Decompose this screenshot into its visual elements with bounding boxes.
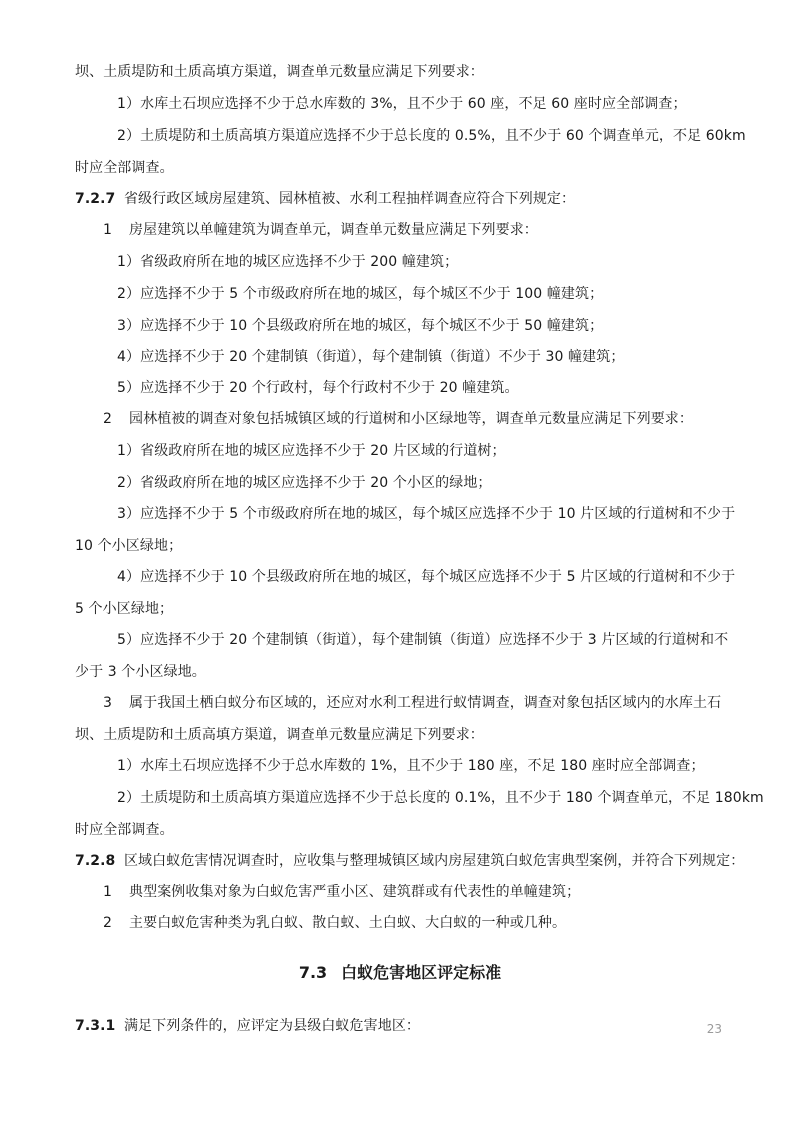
item-number: 1 xyxy=(103,220,129,240)
section-title-text: 白蚁危害地区评定标准 xyxy=(341,963,501,982)
item-text: 房屋建筑以单幢建筑为调查单元，调查单元数量应满足下列要求： xyxy=(129,222,538,238)
list-item: 2）应选择不少于 5 个市级政府所在地的城区，每个城区不少于 100 幢建筑； xyxy=(117,284,738,304)
numbered-item: 3属于我国土栖白蚁分布区域的，还应对水利工程进行蚁情调查，调查对象包括区域内的水… xyxy=(103,693,738,713)
clause-text: 省级行政区域房屋建筑、园林植被、水利工程抽样调查应符合下列规定： xyxy=(124,191,575,207)
list-item: 3）应选择不少于 5 个市级政府所在地的城区，每个城区应选择不少于 10 片区域… xyxy=(117,504,738,524)
clause-7-2-8: 7.2.8 区域白蚁危害情况调查时，应收集与整理城镇区域内房屋建筑白蚁危害典型案… xyxy=(75,851,738,871)
item-text: 典型案例收集对象为白蚁危害严重小区、建筑群或有代表性的单幢建筑； xyxy=(129,884,580,900)
clause-text: 区域白蚁危害情况调查时，应收集与整理城镇区域内房屋建筑白蚁危害典型案例，并符合下… xyxy=(124,853,744,869)
item-text: 主要白蚁危害种类为乳白蚁、散白蚁、土白蚁、大白蚁的一种或几种。 xyxy=(129,915,566,931)
paragraph-line: 10 个小区绿地； xyxy=(75,536,738,556)
numbered-item: 2主要白蚁危害种类为乳白蚁、散白蚁、土白蚁、大白蚁的一种或几种。 xyxy=(103,913,738,933)
section-heading: 7.3白蚁危害地区评定标准 xyxy=(0,962,800,984)
clause-number: 7.3.1 xyxy=(75,1018,115,1034)
list-item: 4）应选择不少于 20 个建制镇（街道），每个建制镇（街道）不少于 30 幢建筑… xyxy=(117,347,738,367)
paragraph-line: 坝、土质堤防和土质高填方渠道，调查单元数量应满足下列要求： xyxy=(75,725,738,745)
item-text: 属于我国土栖白蚁分布区域的，还应对水利工程进行蚁情调查，调查对象包括区域内的水库… xyxy=(129,695,721,711)
section-number: 7.3 xyxy=(299,963,327,982)
clause-number: 7.2.7 xyxy=(75,191,115,207)
paragraph-line: 5 个小区绿地； xyxy=(75,599,738,619)
item-text: 园林植被的调查对象包括城镇区域的行道树和小区绿地等，调查单元数量应满足下列要求： xyxy=(129,411,693,427)
item-number: 1 xyxy=(103,882,129,902)
list-item: 2）土质堤防和土质高填方渠道应选择不少于总长度的 0.1%，且不少于 180 个… xyxy=(117,788,738,808)
paragraph-line: 时应全部调查。 xyxy=(75,158,738,178)
clause-7-2-7: 7.2.7 省级行政区域房屋建筑、园林植被、水利工程抽样调查应符合下列规定： xyxy=(75,189,738,209)
paragraph-line: 坝、土质堤防和土质高填方渠道，调查单元数量应满足下列要求： xyxy=(75,62,738,82)
list-item: 5）应选择不少于 20 个行政村，每个行政村不少于 20 幢建筑。 xyxy=(117,378,738,398)
numbered-item: 2园林植被的调查对象包括城镇区域的行道树和小区绿地等，调查单元数量应满足下列要求… xyxy=(103,409,738,429)
list-item: 2）省级政府所在地的城区应选择不少于 20 个小区的绿地； xyxy=(117,473,738,493)
list-item: 4）应选择不少于 10 个县级政府所在地的城区，每个城区应选择不少于 5 片区域… xyxy=(117,567,738,587)
list-item: 1）水库土石坝应选择不少于总水库数的 1%，且不少于 180 座，不足 180 … xyxy=(117,756,738,776)
list-item: 1）省级政府所在地的城区应选择不少于 200 幢建筑； xyxy=(117,252,738,272)
item-number: 2 xyxy=(103,913,129,933)
list-item: 1）省级政府所在地的城区应选择不少于 20 片区域的行道树； xyxy=(117,441,738,461)
page-number: 23 xyxy=(707,1022,722,1036)
document-page: 坝、土质堤防和土质高填方渠道，调查单元数量应满足下列要求： 1）水库土石坝应选择… xyxy=(0,0,800,1130)
item-number: 3 xyxy=(103,693,129,713)
list-item: 5）应选择不少于 20 个建制镇（街道），每个建制镇（街道）应选择不少于 3 片… xyxy=(117,630,738,650)
numbered-item: 1房屋建筑以单幢建筑为调查单元，调查单元数量应满足下列要求： xyxy=(103,220,738,240)
numbered-item: 1典型案例收集对象为白蚁危害严重小区、建筑群或有代表性的单幢建筑； xyxy=(103,882,738,902)
clause-number: 7.2.8 xyxy=(75,853,115,869)
list-item: 2）土质堤防和土质高填方渠道应选择不少于总长度的 0.5%，且不少于 60 个调… xyxy=(117,126,738,146)
paragraph-line: 时应全部调查。 xyxy=(75,820,738,840)
item-number: 2 xyxy=(103,409,129,429)
clause-text: 满足下列条件的，应评定为县级白蚁危害地区： xyxy=(124,1018,420,1034)
clause-7-3-1: 7.3.1 满足下列条件的，应评定为县级白蚁危害地区： xyxy=(75,1016,738,1036)
list-item: 1）水库土石坝应选择不少于总水库数的 3%，且不少于 60 座，不足 60 座时… xyxy=(117,94,738,114)
paragraph-line: 少于 3 个小区绿地。 xyxy=(75,662,738,682)
list-item: 3）应选择不少于 10 个县级政府所在地的城区，每个城区不少于 50 幢建筑； xyxy=(117,316,738,336)
